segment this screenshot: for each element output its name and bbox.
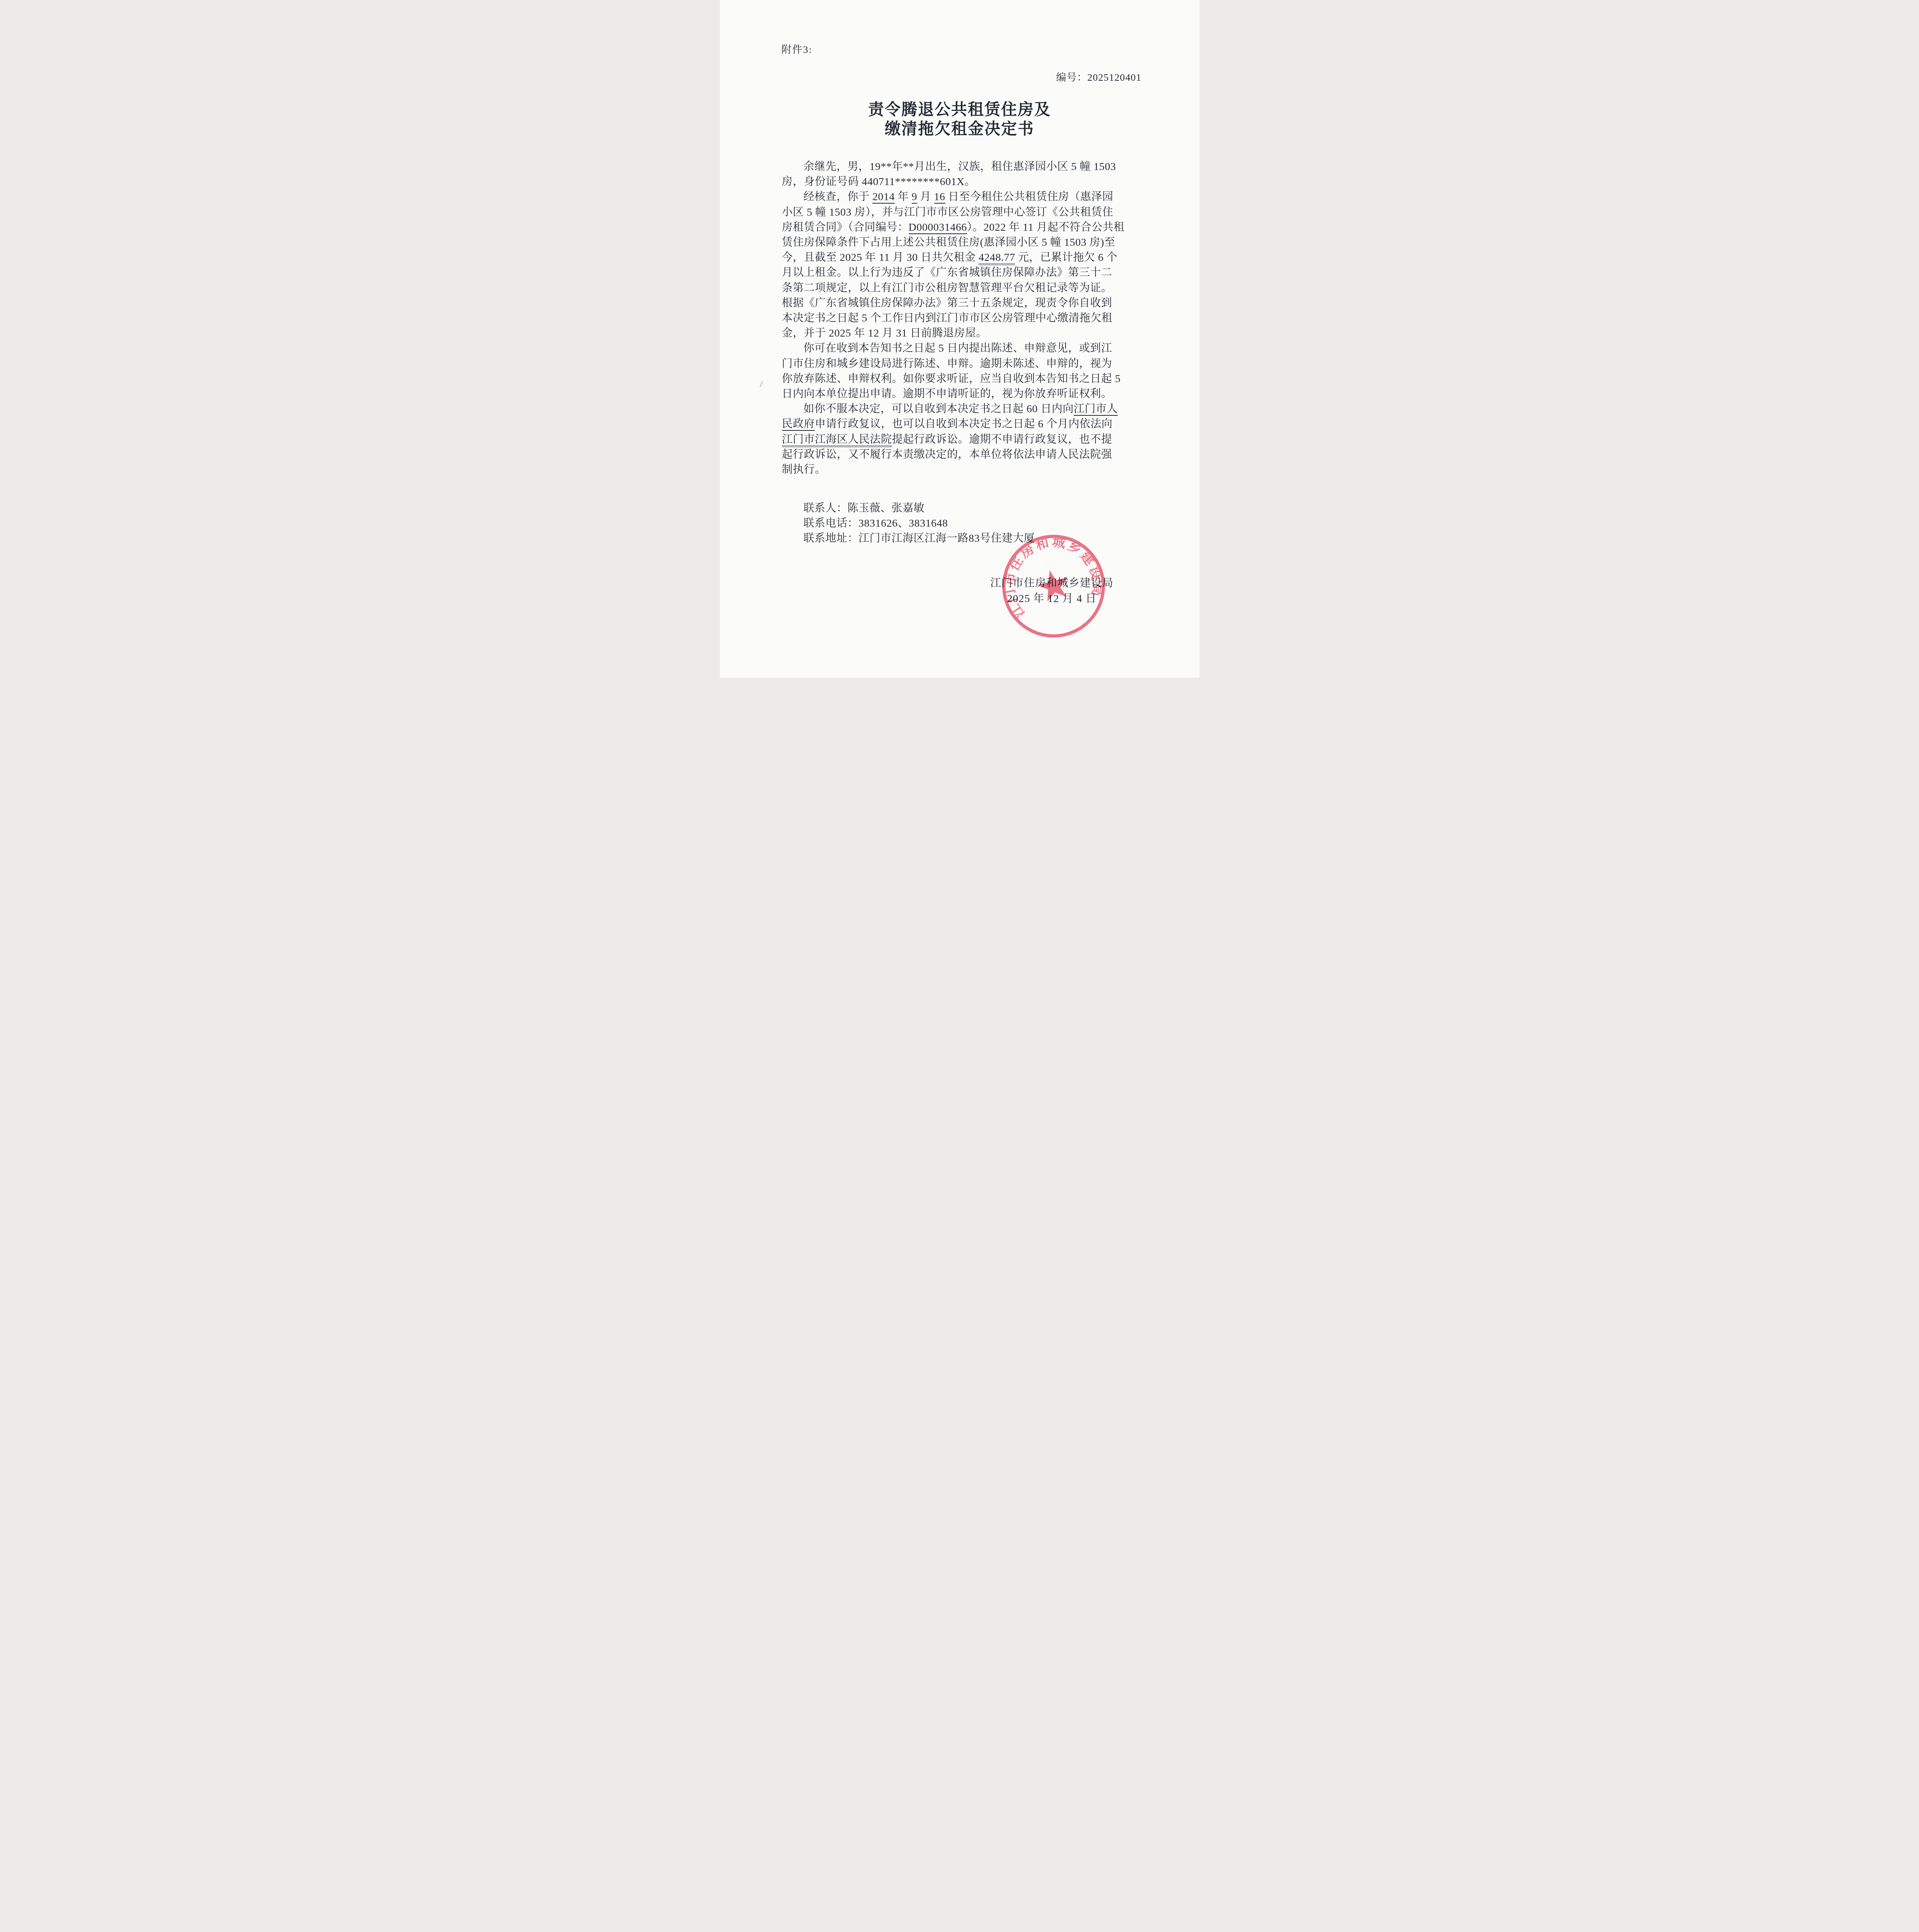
body-line: 条第二项规定，以上有江门市公租房智慧管理平台欠租记录等为证。 xyxy=(782,281,1145,296)
body-line: 小区 5 幢 1503 房），并与江门市市区公房管理中心签订《公共租赁住 xyxy=(782,205,1145,220)
body-line: 民政府申请行政复议，也可以自收到本决定书之日起 6 个月内依法向 xyxy=(782,417,1145,432)
doc-number: 编号：2025120401 xyxy=(1056,70,1141,84)
body-line: 赁住房保障条件下占用上述公共租赁住房(惠泽园小区 5 幢 1503 房)至 xyxy=(782,235,1145,250)
body-line: 你可在收到本告知书之日起 5 日内提出陈述、申辩意见，或到江 xyxy=(782,341,1145,356)
contact-block: 联系人：陈玉薇、张嘉敏 联系电话：3831626、3831648 联系地址：江门… xyxy=(782,501,1035,546)
contact-address: 联系地址：江门市江海区江海一路83号住建大厦 xyxy=(782,531,1035,546)
scan-artifact xyxy=(760,381,766,388)
title-line-2: 缴清拖欠租金决定书 xyxy=(720,119,1200,138)
body-line: 门市住房和城乡建设局进行陈述、申辩。逾期未陈述、申辩的，视为 xyxy=(782,356,1145,371)
body-line: 日内向本单位提出申请。逾期不申请听证的，视为你放弃听证权利。 xyxy=(782,386,1145,401)
document-page: 附件3: 编号：2025120401 责令腾退公共租赁住房及 缴清拖欠租金决定书… xyxy=(720,0,1200,678)
body-line: 起行政诉讼，又不履行本责缴决定的，本单位将依法申请人民法院强 xyxy=(782,447,1145,462)
body-line: 经核查，你于 2014 年 9 月 16 日至今租住公共租赁住房（惠泽园 xyxy=(782,189,1145,204)
page-title: 责令腾退公共租赁住房及 缴清拖欠租金决定书 xyxy=(720,100,1200,138)
doc-number-label: 编号： xyxy=(1056,72,1087,83)
body-line: 本决定书之日起 5 个工作日内到江门市市区公房管理中心缴清拖欠租 xyxy=(782,311,1145,326)
body-line: 余继先，男，19**年**月出生，汉族，租住惠泽园小区 5 幢 1503 xyxy=(782,159,1145,174)
body-line: 制执行。 xyxy=(782,462,1145,477)
contact-person: 联系人：陈玉薇、张嘉敏 xyxy=(782,501,1035,516)
body-line: 房，身份证号码 440711********601X。 xyxy=(782,174,1145,189)
body-line: 如你不服本决定，可以自收到本决定书之日起 60 日内向江门市人 xyxy=(782,401,1145,417)
contact-phone: 联系电话：3831626、3831648 xyxy=(782,516,1035,531)
doc-number-value: 2025120401 xyxy=(1088,72,1142,83)
body-line: 你放弃陈述、申辩权利。如你要求听证，应当自收到本告知书之日起 5 xyxy=(782,371,1145,386)
body-line: 房租赁合同》（合同编号：D000031466）。2022 年 11 月起不符合公… xyxy=(782,220,1145,235)
title-line-1: 责令腾退公共租赁住房及 xyxy=(720,100,1200,119)
body-line: 根据《广东省城镇住房保障办法》第三十五条规定，现责令你自收到 xyxy=(782,296,1145,311)
body-line: 月以上租金。以上行为违反了《广东省城镇住房保障办法》第三十二 xyxy=(782,265,1145,280)
star-icon xyxy=(1034,566,1072,603)
body-line: 江门市江海区人民法院提起行政诉讼。逾期不申请行政复议，也不提 xyxy=(782,432,1145,447)
body-line: 今，且截至 2025 年 11 月 30 日共欠租金 4248.77 元，已累计… xyxy=(782,250,1145,265)
body-line: 金，并于 2025 年 12 月 31 日前腾退房屋。 xyxy=(782,326,1145,341)
body-lines: 余继先，男，19**年**月出生，汉族，租住惠泽园小区 5 幢 1503房，身份… xyxy=(782,159,1145,477)
attachment-label: 附件3: xyxy=(782,42,812,56)
